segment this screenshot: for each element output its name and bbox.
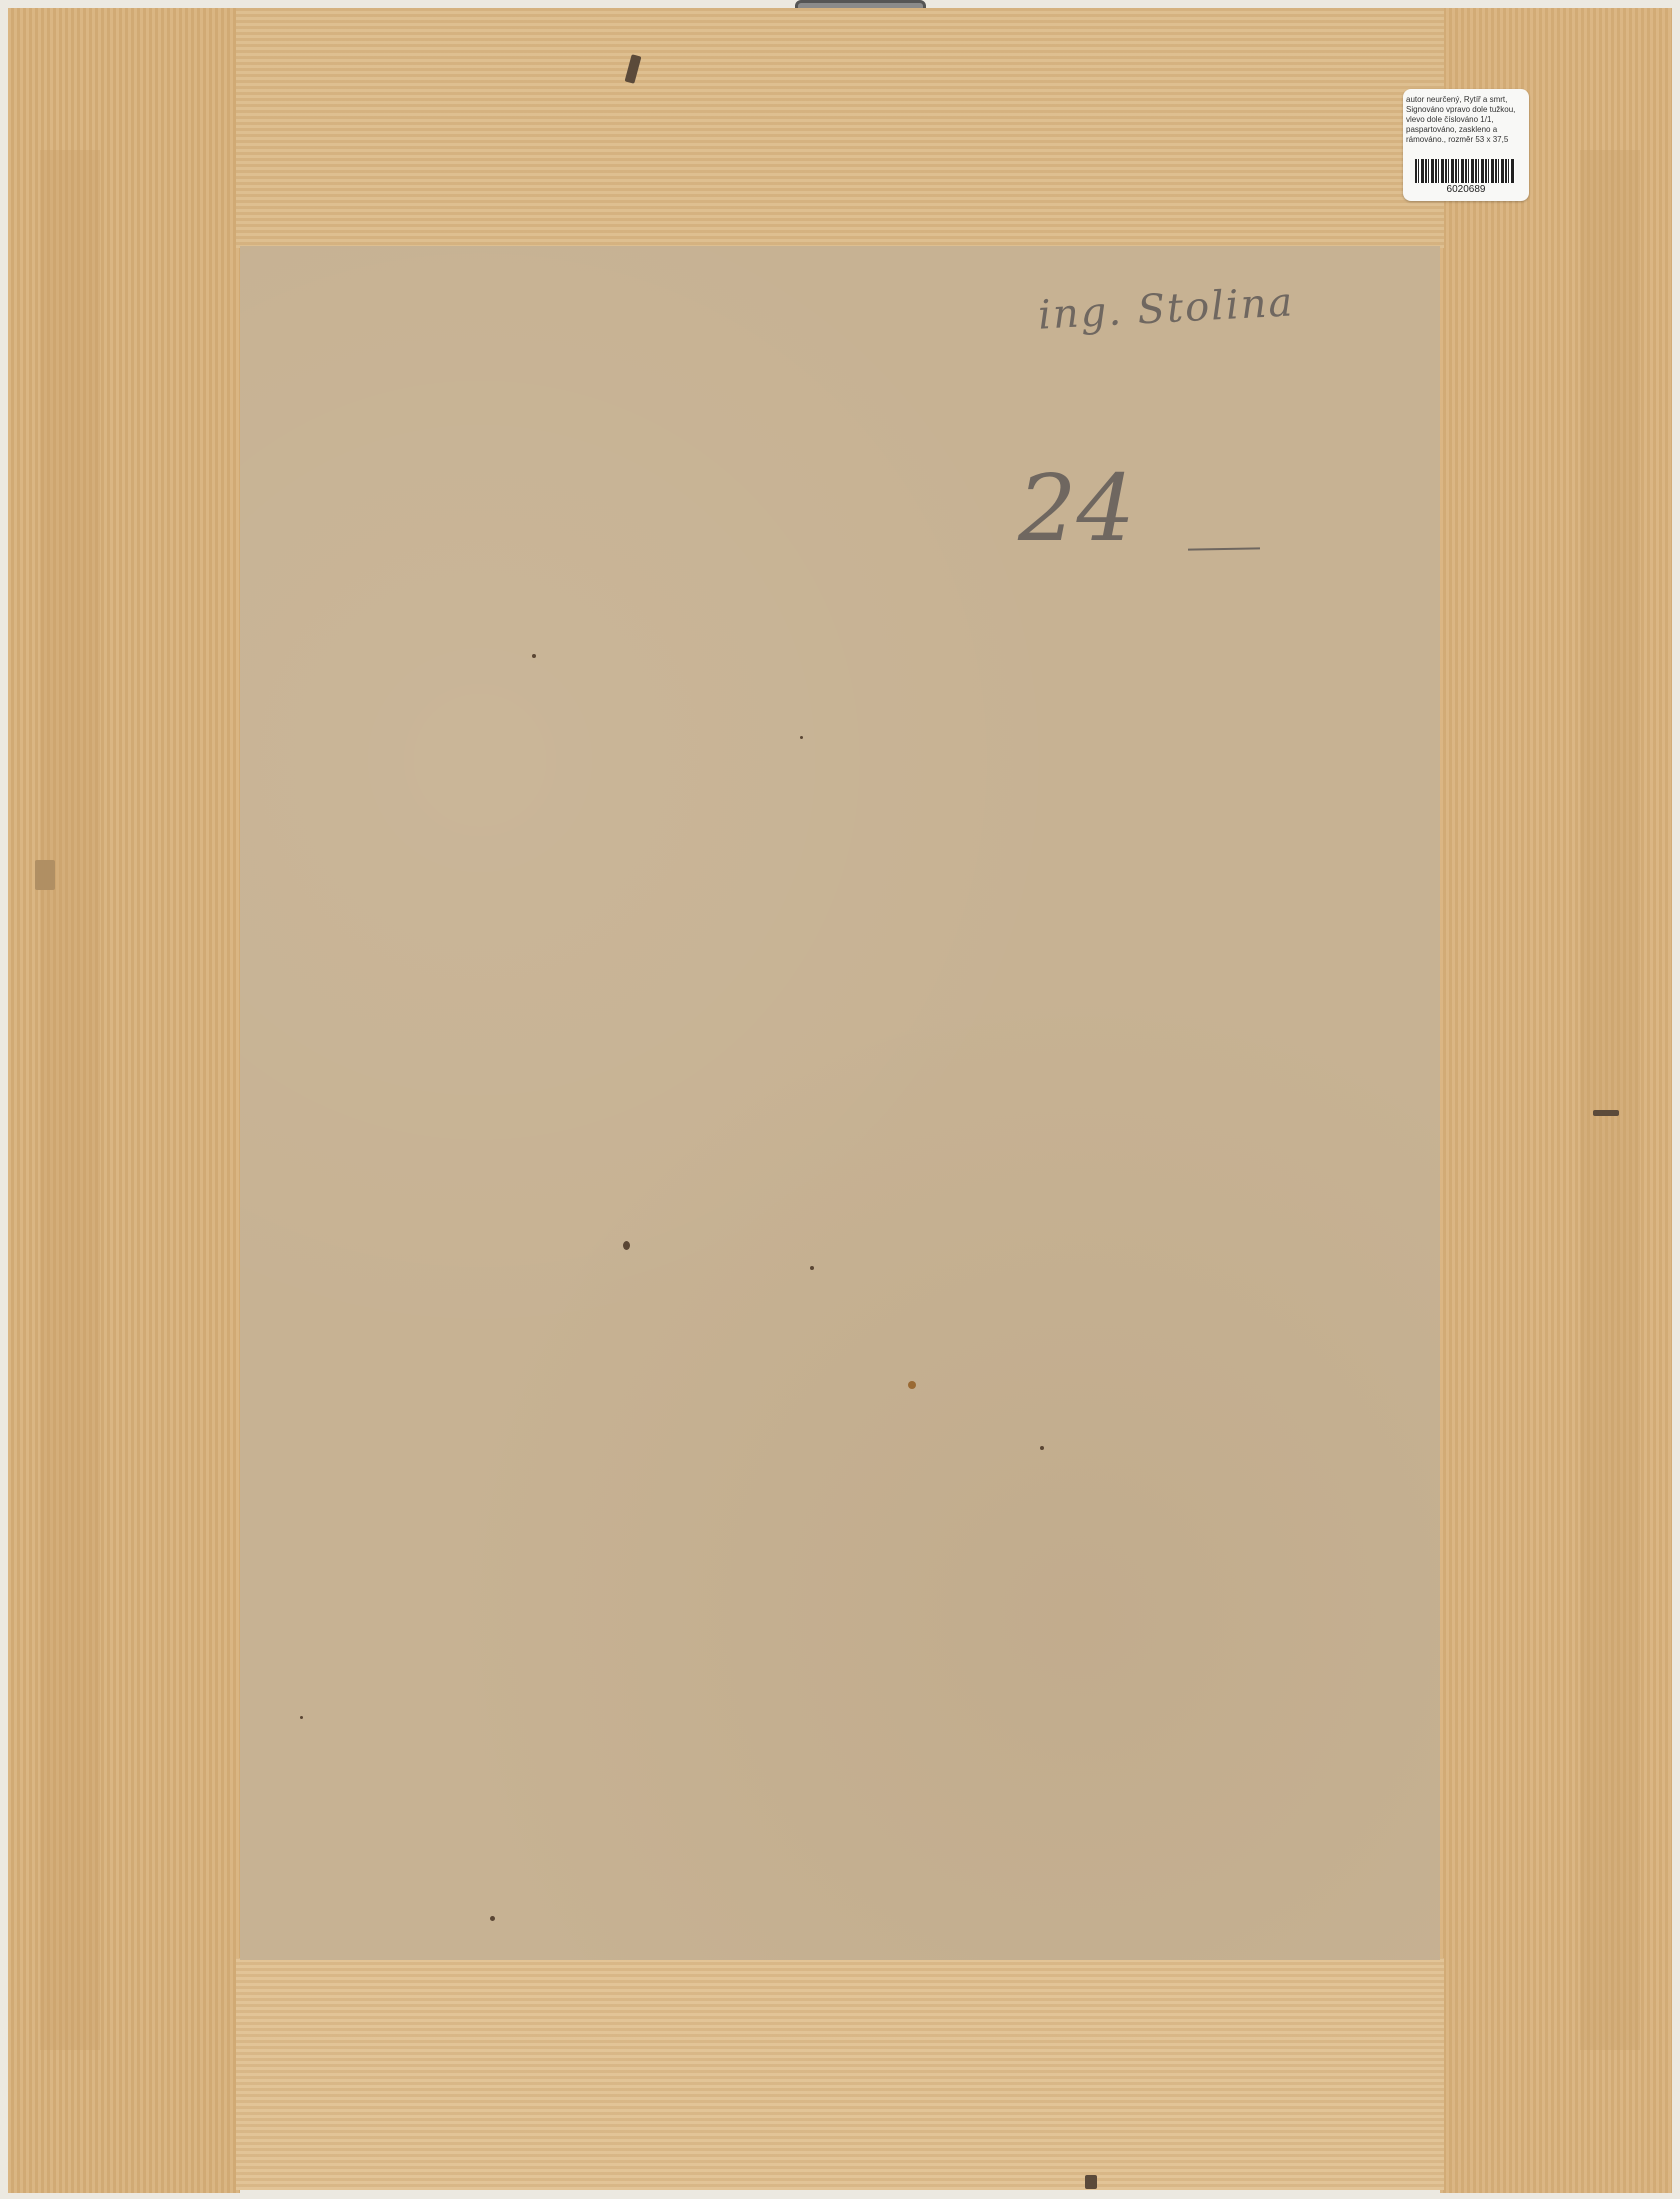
staple-icon (1085, 2175, 1097, 2189)
barcode-number: 6020689 (1403, 184, 1529, 195)
speck (800, 736, 803, 739)
staple-icon (1593, 1110, 1619, 1116)
kraft-tape-bottom (236, 1958, 1444, 2190)
kraft-tape-right-overlap (1580, 150, 1640, 2050)
speck (810, 1266, 814, 1270)
label-description: autor neurčený, Rytíř a smrt, Signováno … (1406, 95, 1528, 145)
speck (908, 1381, 916, 1389)
barcode-icon (1415, 159, 1515, 183)
pencil-inscription-price: 24 (1018, 455, 1135, 562)
cardboard-backing (240, 246, 1440, 1960)
staple-icon (35, 860, 55, 890)
kraft-tape-top (236, 8, 1444, 248)
speck (300, 1716, 303, 1719)
speck (532, 654, 536, 658)
artwork-back: autor neurčený, Rytíř a smrt, Signováno … (0, 0, 1680, 2199)
speck (623, 1241, 630, 1250)
speck (490, 1916, 495, 1921)
inventory-label: autor neurčený, Rytíř a smrt, Signováno … (1403, 89, 1529, 201)
speck (1040, 1446, 1044, 1450)
kraft-tape-left-overlap (40, 150, 100, 2050)
